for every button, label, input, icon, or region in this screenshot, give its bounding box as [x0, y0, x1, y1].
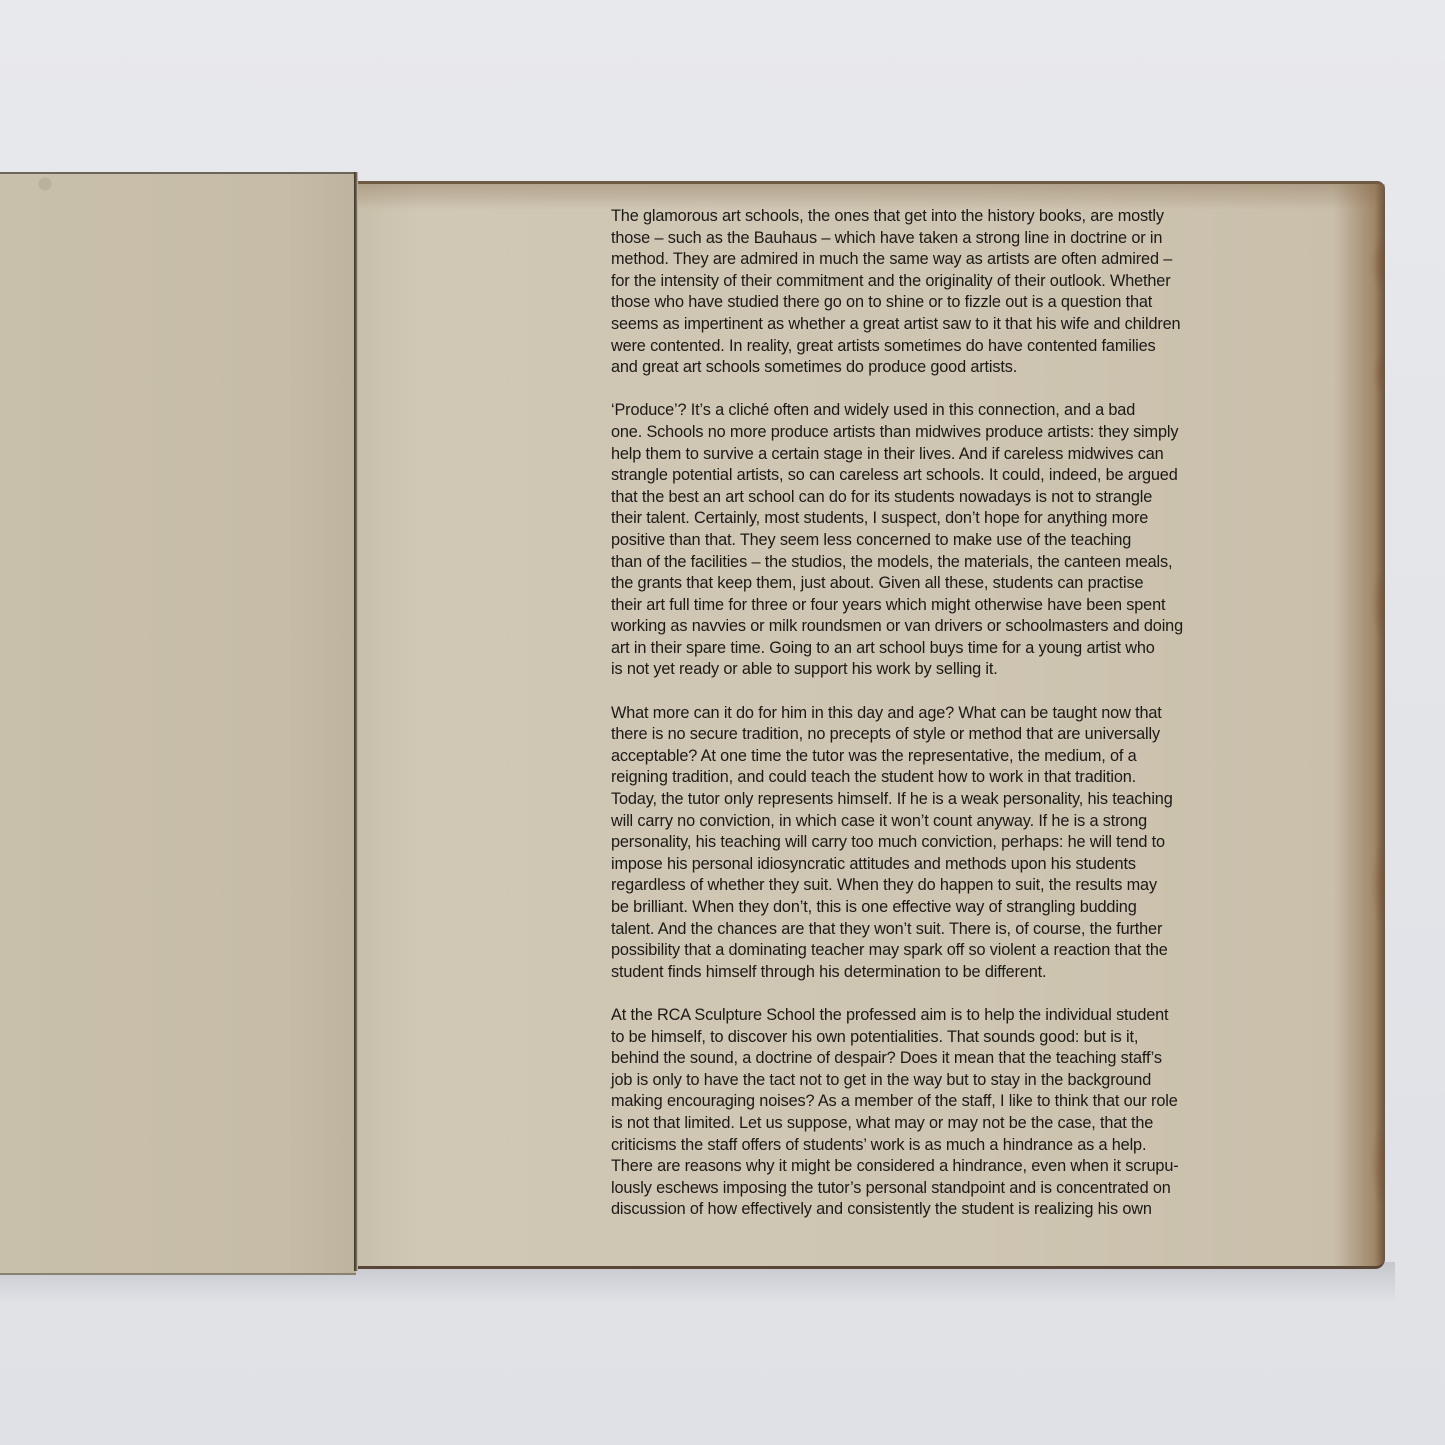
text-line: the grants that keep them, just about. G…	[611, 573, 1271, 595]
text-line: reigning tradition, and could teach the …	[611, 767, 1271, 789]
text-line: there is no secure tradition, no precept…	[611, 724, 1271, 746]
text-line: were contented. In reality, great artist…	[611, 336, 1271, 358]
text-line: impose his personal idiosyncratic attitu…	[611, 854, 1271, 876]
text-line: art in their spare time. Going to an art…	[611, 638, 1271, 660]
text-line: The glamorous art schools, the ones that…	[611, 206, 1271, 228]
text-line: student finds himself through his determ…	[611, 962, 1271, 984]
text-line: and great art schools sometimes do produ…	[611, 357, 1271, 379]
text-line: making encouraging noises? As a member o…	[611, 1091, 1271, 1113]
text-line: is not that limited. Let us suppose, wha…	[611, 1113, 1271, 1135]
paragraph-3: What more can it do for him in this day …	[611, 703, 1271, 984]
text-line: to be himself, to discover his own poten…	[611, 1027, 1271, 1049]
paragraph-1: The glamorous art schools, the ones that…	[611, 206, 1271, 379]
text-line: is not yet ready or able to support his …	[611, 659, 1271, 681]
text-line: criticisms the staff offers of students’…	[611, 1135, 1271, 1157]
text-line: for the intensity of their commitment an…	[611, 271, 1271, 293]
paragraph-2: ‘Produce’? It’s a cliché often and widel…	[611, 400, 1271, 681]
text-line: their art full time for three or four ye…	[611, 595, 1271, 617]
text-line: be brilliant. When they don’t, this is o…	[611, 897, 1271, 919]
text-line: one. Schools no more produce artists tha…	[611, 422, 1271, 444]
text-line: their talent. Certainly, most students, …	[611, 508, 1271, 530]
left-page-blank	[0, 172, 356, 1275]
text-line: strangle potential artists, so can carel…	[611, 465, 1271, 487]
text-line: those – such as the Bauhaus – which have…	[611, 228, 1271, 250]
text-line: working as navvies or milk roundsmen or …	[611, 616, 1271, 638]
text-line: that the best an art school can do for i…	[611, 487, 1271, 509]
text-line: method. They are admired in much the sam…	[611, 249, 1271, 271]
text-line: At the RCA Sculpture School the professe…	[611, 1005, 1271, 1027]
text-line: What more can it do for him in this day …	[611, 703, 1271, 725]
text-line: There are reasons why it might be consid…	[611, 1156, 1271, 1178]
text-line: job is only to have the tact not to get …	[611, 1070, 1271, 1092]
text-line: possibility that a dominating teacher ma…	[611, 940, 1271, 962]
text-line: help them to survive a certain stage in …	[611, 444, 1271, 466]
text-line: talent. And the chances are that they wo…	[611, 919, 1271, 941]
text-line: seems as impertinent as whether a great …	[611, 314, 1271, 336]
text-line: acceptable? At one time the tutor was th…	[611, 746, 1271, 768]
paragraph-4: At the RCA Sculpture School the professe…	[611, 1005, 1271, 1221]
text-line: personality, his teaching will carry too…	[611, 832, 1271, 854]
text-line: regardless of whether they suit. When th…	[611, 875, 1271, 897]
text-line: lously eschews imposing the tutor’s pers…	[611, 1178, 1271, 1200]
text-line: than of the facilities – the studios, th…	[611, 552, 1271, 574]
text-line: behind the sound, a doctrine of despair?…	[611, 1048, 1271, 1070]
text-line: ‘Produce’? It’s a cliché often and widel…	[611, 400, 1271, 422]
text-line: those who have studied there go on to sh…	[611, 292, 1271, 314]
body-text: The glamorous art schools, the ones that…	[611, 206, 1271, 1243]
text-line: Today, the tutor only represents himself…	[611, 789, 1271, 811]
text-line: positive than that. They seem less conce…	[611, 530, 1271, 552]
text-line: will carry no conviction, in which case …	[611, 811, 1271, 833]
text-line: discussion of how effectively and consis…	[611, 1199, 1271, 1221]
